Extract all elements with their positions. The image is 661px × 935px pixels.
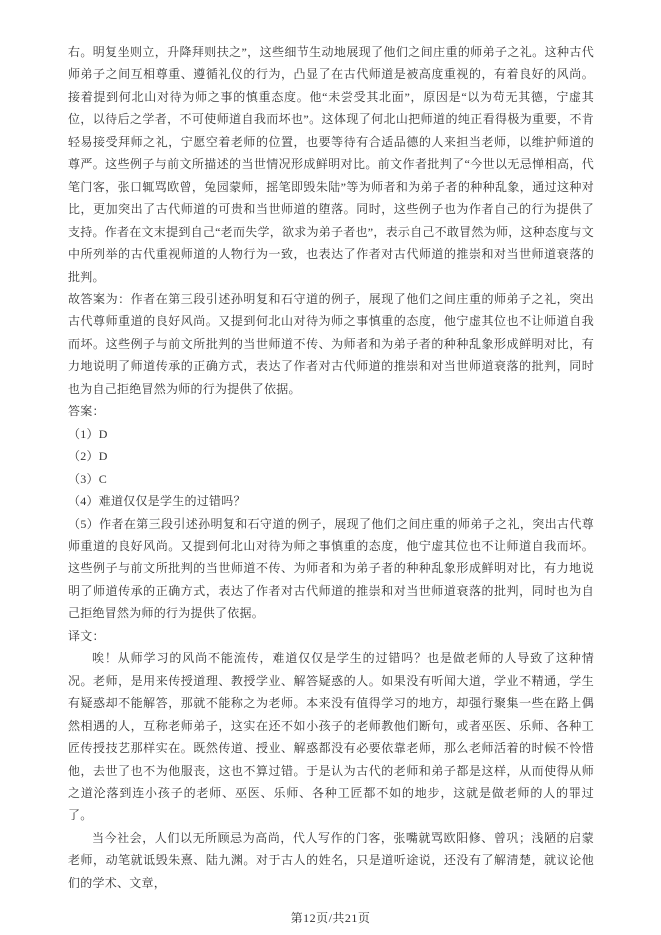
paragraph-answer-summary: 故答案为：作者在第三段引述孙明复和石守道的例子，展现了他们之间庄重的师弟子之礼，… bbox=[68, 288, 594, 400]
translation-paragraph-2: 当今社会，人们以无所顾忌为高尚，代人写作的门客，张嘴就骂欧阳修、曾巩；浅陋的启蒙… bbox=[68, 827, 594, 894]
translation-heading: 译文： bbox=[68, 625, 594, 647]
answer-item-4: （4）难道仅仅是学生的过错吗？ bbox=[68, 490, 594, 512]
page-number: 第12页/共21页 bbox=[0, 909, 661, 926]
paragraph-analysis-continuation: 右。明复坐则立，升降拜则扶之”，这些细节生动地展现了他们之间庄重的师弟子之礼。这… bbox=[68, 41, 594, 288]
answer-item-3: （3）C bbox=[68, 468, 594, 490]
translation-paragraph-1: 唉！从师学习的风尚不能流传，难道仅仅是学生的过错吗？也是做老师的人导致了这种情况… bbox=[68, 647, 594, 827]
document-body: 右。明复坐则立，升降拜则扶之”，这些细节生动地展现了他们之间庄重的师弟子之礼。这… bbox=[68, 41, 594, 894]
answer-item-2: （2）D bbox=[68, 445, 594, 467]
document-page: 右。明复坐则立，升降拜则扶之”，这些细节生动地展现了他们之间庄重的师弟子之礼。这… bbox=[0, 0, 661, 935]
answer-item-5: （5）作者在第三段引述孙明复和石守道的例子，展现了他们之间庄重的师弟子之礼，突出… bbox=[68, 513, 594, 625]
answers-heading: 答案： bbox=[68, 400, 594, 422]
answer-item-1: （1）D bbox=[68, 423, 594, 445]
